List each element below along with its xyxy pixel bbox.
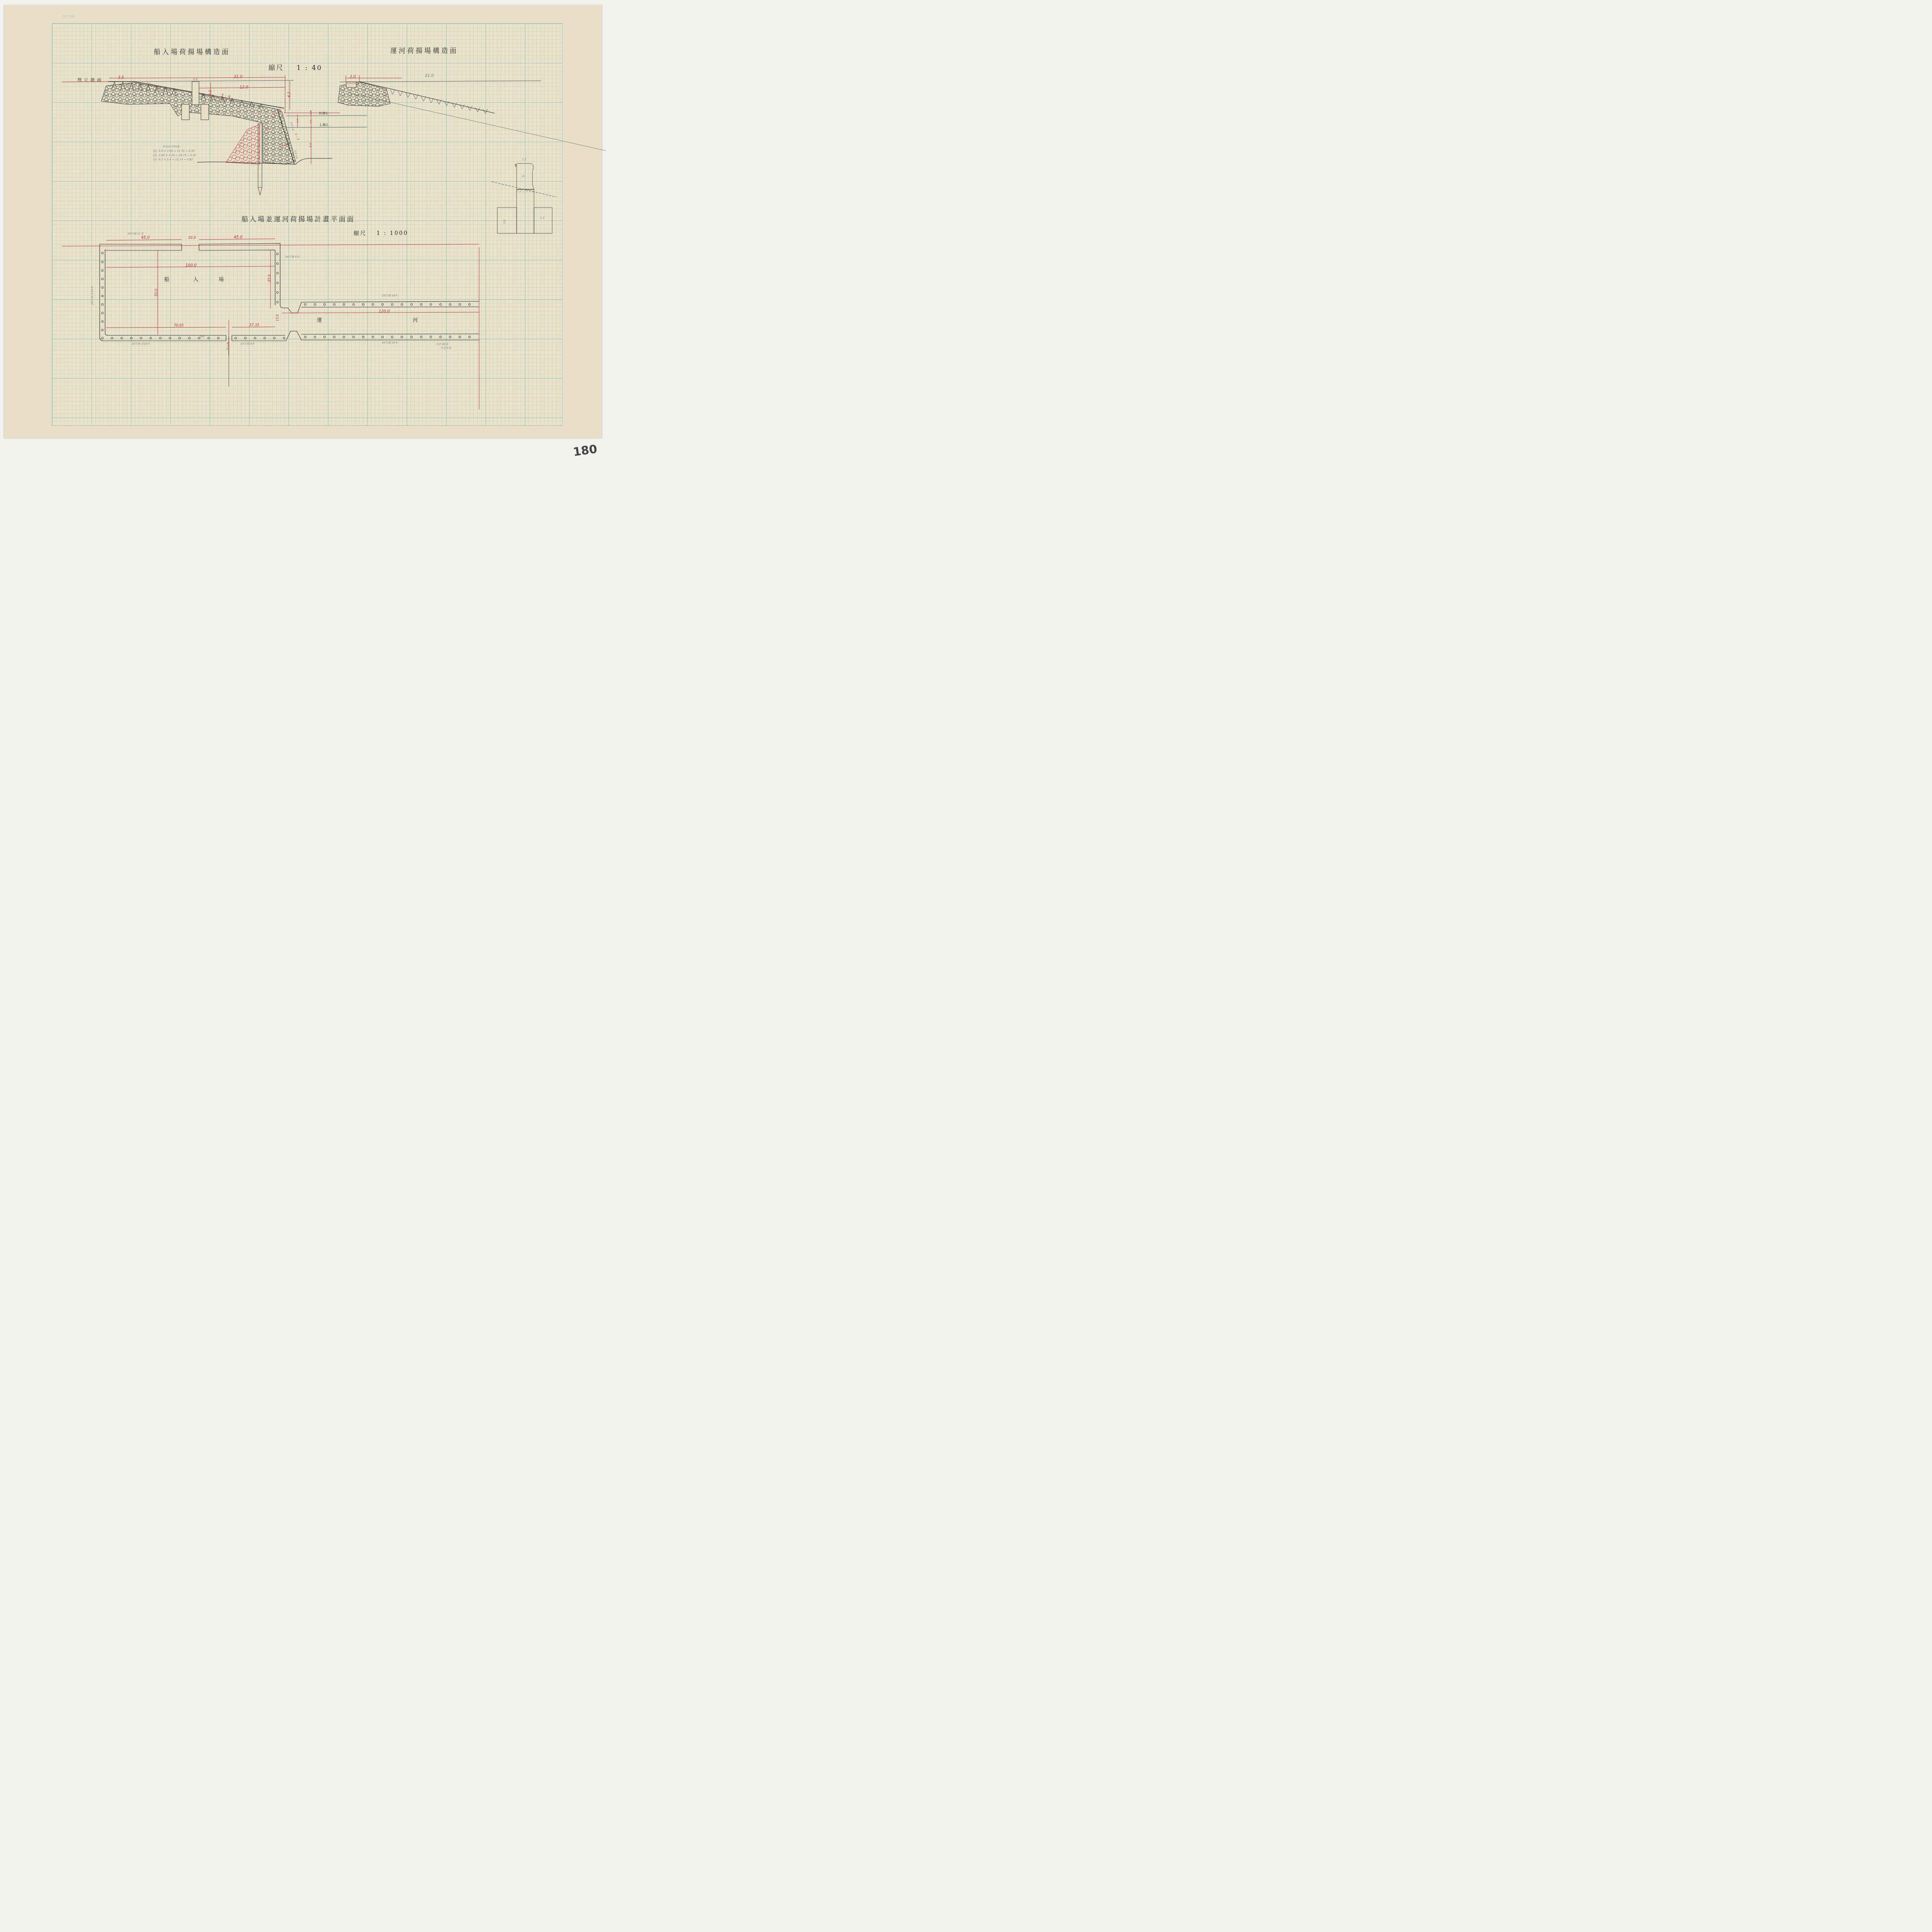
- canal-dim-depth: 2.0: [383, 92, 386, 96]
- dim-depth: 5.4: [309, 143, 312, 147]
- basin-label-2: 入: [193, 275, 198, 282]
- dim-post-width: 1.2: [193, 78, 197, 81]
- note-bottom-mid: 24尺毎 8本: [240, 342, 255, 346]
- canal-label-1: 運: [317, 316, 322, 323]
- note-left: 24尺毎 計13本: [90, 286, 94, 305]
- plan-view-drawing: [62, 239, 479, 410]
- right-section-drawing: [338, 75, 606, 151]
- note-top: 24尺毎 11本: [128, 232, 143, 236]
- plan-dim-bottom-left: 70.65: [174, 324, 184, 328]
- plan-dim-right-depth: 35.0: [268, 274, 272, 282]
- plan-dim-bottom-right: 27.35: [249, 323, 259, 327]
- drain-label: 外ケ沢: [226, 342, 230, 350]
- plan-title: 船入場並運河荷揚場計畫平面面: [241, 214, 355, 223]
- left-section-title: 船入場荷揚場構造面: [154, 46, 230, 56]
- note-canal-bottom: 33尺毎 19本: [382, 341, 398, 345]
- section-scale-value: 1 : 40: [296, 64, 322, 72]
- dim-inner-width: 12.0: [240, 85, 248, 90]
- section-scale: 縮尺 1 : 40: [269, 62, 322, 72]
- canal-dim-total-width: 21.0: [425, 74, 434, 78]
- plan-dim-top-left: 45.0: [141, 236, 150, 240]
- hwl-label: H.W.L.: [319, 112, 329, 115]
- plan-scale: 縮尺 1 : 1000: [354, 229, 408, 237]
- section-scale-label: 縮尺: [269, 64, 284, 72]
- dim-crest-width: 3.5: [118, 76, 124, 80]
- plan-dim-quay-width: 5.0: [200, 335, 204, 338]
- right-section-title: 運河荷揚場構造面: [390, 45, 458, 55]
- dim-top-drop: 0.8: [310, 111, 312, 115]
- basin-label-3: 場: [219, 275, 224, 282]
- note-total: 合計 86本: [436, 342, 448, 346]
- plan-dim-canal-length: 120.0: [379, 310, 390, 314]
- calc-table-header: 平均巾 平均高: [162, 145, 196, 149]
- plan-scale-label: 縮尺: [354, 230, 367, 236]
- left-section-drawing: [62, 75, 367, 195]
- bollard-neck-width: .8: [522, 175, 524, 178]
- bollard-embed-depth: 2.0: [503, 219, 506, 224]
- canal-label-2: 河: [413, 316, 418, 323]
- dim-lwl-span: 1.5: [296, 119, 299, 123]
- dim-toe-width: 3.0: [266, 128, 270, 131]
- note-extra: ヌ足 5本: [440, 346, 451, 350]
- note-bottom-left: 24尺毎 計18本: [131, 342, 150, 346]
- reclaimed-ground-label: 埋立地面: [77, 77, 104, 83]
- plan-dim-top-right: 45.0: [234, 235, 242, 240]
- plan-dim-basin-depth: 50.0: [155, 289, 158, 296]
- plan-scale-value: 1 : 1000: [376, 230, 408, 236]
- calc-row: (3) 3.8 × 3.09 = 11.74 = 0.33: [153, 149, 196, 153]
- bollard-detail-drawing: [492, 163, 556, 233]
- basin-label-1: 船: [164, 275, 169, 282]
- note-canal-top: 33尺毎 19本: [382, 294, 398, 298]
- dim-total-width: 21.0: [234, 75, 242, 79]
- plan-dim-canal-width: 15.0: [276, 315, 279, 321]
- bollard-top-width: 1.2: [522, 158, 526, 161]
- note-right: 24尺毎 9本: [285, 255, 299, 259]
- lwl-label: L.W.L.: [320, 123, 329, 127]
- calc-row: (2) 3.95 × 4.24 = 16.75 = 0.47: [153, 153, 196, 158]
- dim-hwl-span: 1.6: [310, 120, 312, 124]
- calc-table: 平均巾 平均高 (3) 3.8 × 3.09 = 11.74 = 0.33 (2…: [153, 145, 196, 162]
- bollard-base-width: 1.2: [540, 216, 544, 219]
- calc-row: (1) 4.1 × 5.4 = 22.14 = 0.62: [153, 158, 196, 162]
- canal-dim-crest-width: 2.0: [350, 75, 356, 79]
- dim-height-left: 3.0: [209, 90, 213, 95]
- plan-dim-entrance: 10.0: [188, 236, 196, 240]
- plan-dim-basin-width: 100.0: [185, 264, 197, 268]
- canal-cap-block: 3.0×1.5×.5: [347, 83, 358, 85]
- dim-height-right: 4.2: [287, 92, 291, 97]
